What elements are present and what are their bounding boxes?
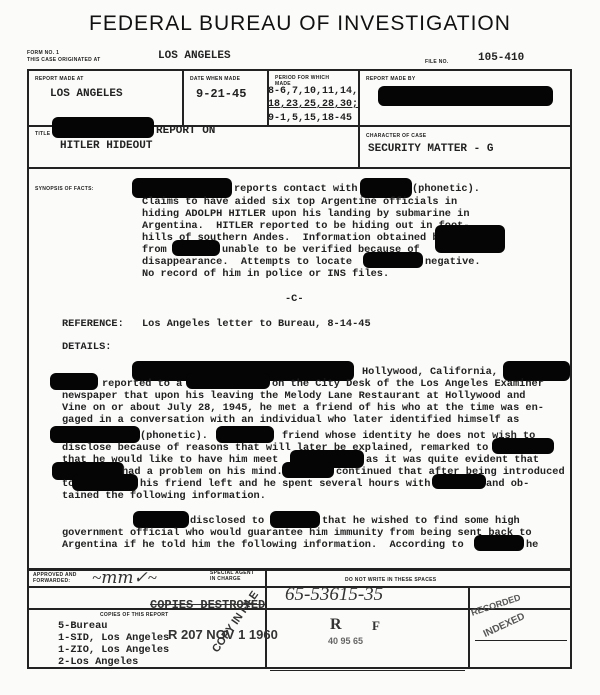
redaction-agent-name bbox=[378, 86, 553, 106]
details-text: as it was quite evident that bbox=[366, 454, 539, 466]
form-no-label: Form No. 1 bbox=[27, 50, 59, 56]
redaction bbox=[492, 438, 554, 454]
footer-col-divider bbox=[468, 586, 470, 669]
details-text: Argentina if he told him the following i… bbox=[62, 539, 464, 551]
details-text: his friend left and he spent several hou… bbox=[140, 478, 430, 490]
details-text: newspaper that upon his leaving the Melo… bbox=[62, 390, 525, 402]
redaction bbox=[50, 373, 98, 390]
details-text: disclosed to bbox=[190, 515, 264, 527]
copy-line: 1-SID, Los Angeles bbox=[58, 632, 169, 644]
synopsis-text: hiding ADOLPH HITLER upon his landing by… bbox=[142, 208, 470, 220]
period-line-1: 8-6,7,10,11,14, bbox=[268, 86, 358, 98]
redaction bbox=[474, 535, 524, 551]
frame-top bbox=[27, 69, 572, 71]
redaction bbox=[186, 373, 270, 389]
redaction bbox=[132, 178, 232, 198]
details-text: tained the following information. bbox=[62, 490, 266, 502]
date-value: 9-21-45 bbox=[196, 87, 246, 101]
details-text: on the City Desk of the Los Angeles Exam… bbox=[272, 378, 544, 390]
details-text: that he wished to find some high bbox=[322, 515, 520, 527]
stamp-mark: F bbox=[372, 618, 380, 634]
redaction bbox=[72, 474, 138, 491]
details-text: and ob- bbox=[486, 478, 529, 490]
do-not-write-label: Do not write in these spaces bbox=[345, 577, 436, 583]
character-label: Character of case bbox=[366, 133, 426, 139]
agency-title: FEDERAL BUREAU OF INVESTIGATION bbox=[0, 12, 600, 36]
details-text: (phonetic). bbox=[140, 430, 208, 442]
report-made-at-label: Report made at bbox=[35, 76, 84, 82]
details-text: had a problem on his mind. bbox=[122, 466, 283, 478]
footer-underline bbox=[270, 670, 465, 671]
approved-label: Approved and forwarded: bbox=[33, 572, 88, 584]
redaction bbox=[363, 252, 423, 268]
stamp-mark: R bbox=[330, 616, 342, 634]
redaction bbox=[435, 225, 505, 253]
copy-line: 2-Los Angeles bbox=[58, 656, 138, 668]
details-text: government official who would guarantee … bbox=[62, 527, 532, 539]
signature: ~ⅿⅿ✓~ bbox=[92, 568, 157, 588]
special-agent-label: Special agent in charge bbox=[210, 570, 260, 582]
footer-col-divider bbox=[265, 570, 267, 669]
details-label: DETAILS: bbox=[62, 341, 111, 353]
synopsis-text: from bbox=[142, 244, 167, 256]
copy-line: 1-ZIO, Los Angeles bbox=[58, 644, 169, 656]
title-value-1: REPORT ON bbox=[156, 125, 215, 137]
footer-underline bbox=[475, 640, 567, 641]
period-line-2: 18,23,25,28,30; bbox=[268, 99, 358, 111]
title-label: Title bbox=[35, 131, 50, 137]
redaction bbox=[172, 240, 220, 256]
redaction bbox=[50, 426, 140, 443]
file-stamp-handwritten: 65-53615-35 bbox=[285, 584, 383, 606]
synopsis-text: reports contact with bbox=[234, 183, 358, 195]
cell-divider bbox=[182, 69, 184, 126]
date-label: Date when made bbox=[190, 76, 240, 82]
case-originated-label: This case originated at bbox=[27, 57, 100, 63]
details-text: gaged in a conversation with an individu… bbox=[62, 414, 519, 426]
redaction bbox=[133, 511, 189, 528]
details-text: he bbox=[526, 539, 538, 551]
synopsis-text: negative. bbox=[425, 256, 481, 268]
redaction bbox=[270, 511, 320, 528]
frame-left bbox=[27, 69, 29, 669]
title-value-2: HITLER HIDEOUT bbox=[60, 140, 152, 152]
copy-line: 5-Bureau bbox=[58, 620, 107, 632]
file-no-label: File No. bbox=[425, 59, 449, 65]
synopsis-text: disappearance. Attempts to locate bbox=[142, 256, 352, 268]
synopsis-text: Claims to have aided six top Argentine o… bbox=[142, 196, 457, 208]
file-no-value: 105-410 bbox=[478, 52, 524, 64]
synopsis-label: Synopsis of facts: bbox=[35, 186, 94, 192]
details-text: Hollywood, California, bbox=[362, 366, 498, 378]
frame-right bbox=[570, 69, 572, 669]
redaction bbox=[432, 474, 486, 489]
details-text: disclose because of reasons that will la… bbox=[62, 442, 488, 454]
details-text: Vine on or about July 28, 1945, he met a… bbox=[62, 402, 544, 414]
redaction bbox=[282, 462, 334, 478]
copies-label: Copies of this report bbox=[100, 612, 169, 618]
row-divider bbox=[27, 167, 572, 169]
redaction-title bbox=[52, 117, 154, 138]
synopsis-text: Argentina. HITLER reported to be hiding … bbox=[142, 220, 470, 232]
details-text: reported to a bbox=[102, 378, 182, 390]
case-originated-value: LOS ANGELES bbox=[158, 50, 231, 62]
indexed-stamp: INDEXED bbox=[482, 611, 527, 640]
cell-divider bbox=[358, 69, 360, 167]
redaction bbox=[216, 426, 274, 443]
report-made-at-value: LOS ANGELES bbox=[50, 88, 123, 100]
synopsis-text: No record of him in police or INS files. bbox=[142, 268, 389, 280]
synopsis-text: (phonetic). bbox=[412, 183, 480, 195]
character-value: SECURITY MATTER - G bbox=[368, 143, 493, 155]
reference-label: REFERENCE: bbox=[62, 318, 124, 330]
period-line-3: 9-1,5,15,18-45 bbox=[268, 113, 352, 125]
redaction bbox=[360, 178, 412, 198]
stamp-numbers: 40 95 65 bbox=[328, 636, 363, 646]
reference-value: Los Angeles letter to Bureau, 8-14-45 bbox=[142, 318, 371, 330]
synopsis-divider: -C- bbox=[285, 293, 304, 305]
report-made-by-label: Report made by bbox=[366, 76, 415, 82]
